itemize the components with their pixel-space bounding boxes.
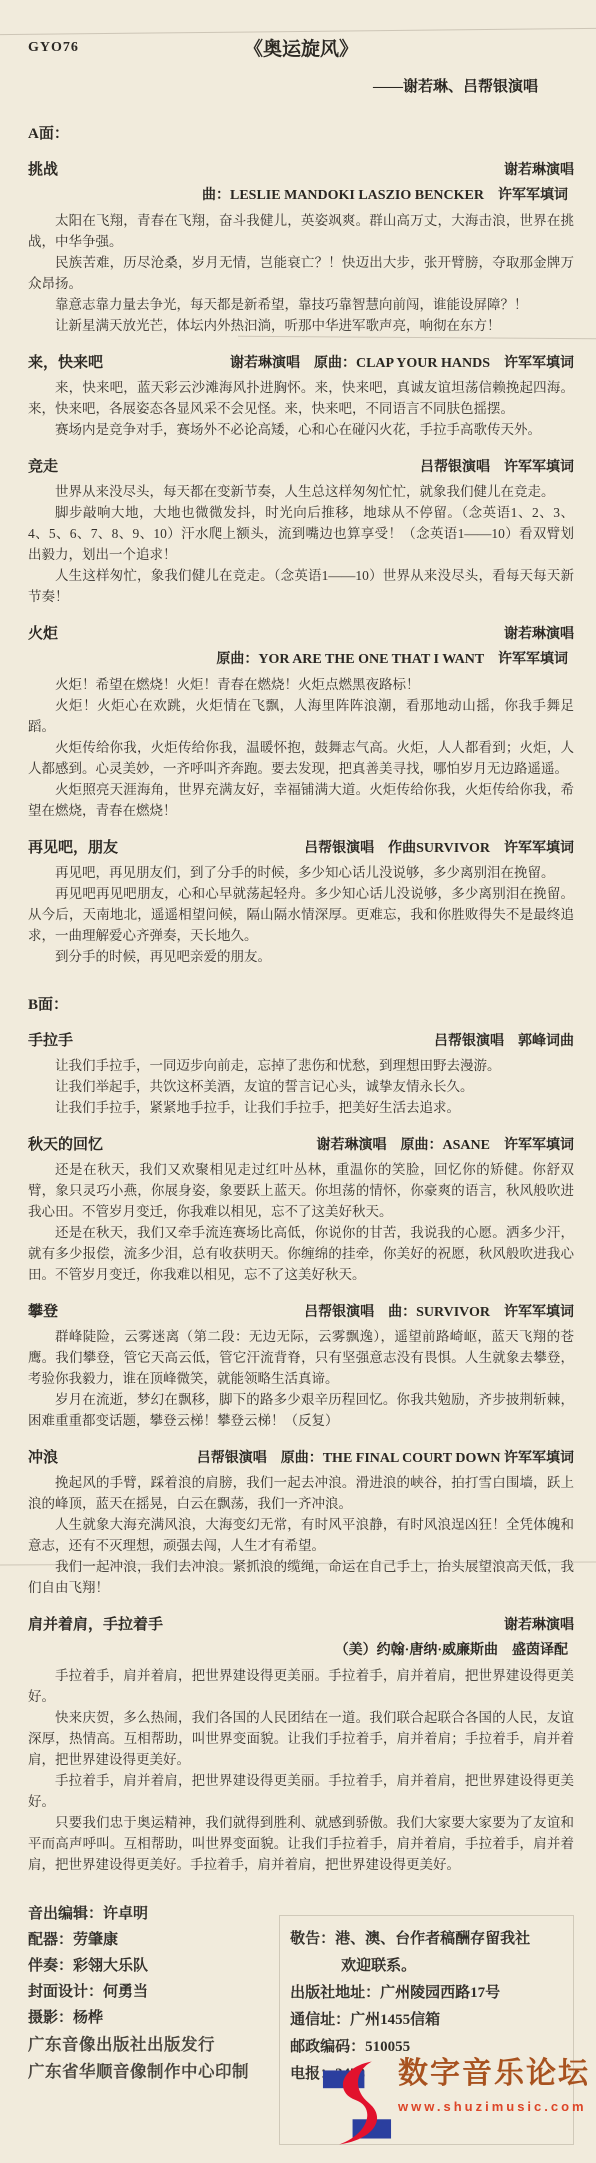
song-title: 火炬 — [28, 622, 58, 643]
lyric-paragraph: 手拉着手，肩并着肩，把世界建设得更美丽。手拉着手，肩并着肩，把世界建设得更美好。 — [28, 1665, 574, 1707]
lyric-paragraph: 让我们手拉手，一同迈步向前走，忘掉了悲伤和忧愁，到理想田野去漫游。 — [28, 1055, 574, 1076]
song-title: 秋天的回忆 — [28, 1133, 103, 1154]
lyric-paragraph: 赛场内是竞争对手，赛场外不必论高矮，心和心在碰闪火花，手拉手高歌传天外。 — [28, 419, 574, 440]
song-title: 来，快来吧 — [28, 351, 103, 372]
masthead: GYO76 《奥运旋风》 ——谢若琳、吕帮银演唱 — [28, 34, 574, 96]
song-credit: 吕帮银演唱 许军军填词 — [420, 456, 574, 476]
song-composer-line: （美）约翰·唐纳·威廉斯曲 盛茵译配 — [28, 1639, 568, 1659]
song-zaijianba-pengyou: 再见吧，朋友 吕帮银演唱 作曲SURVIVOR 许军军填词 再见吧，再见朋友们，… — [28, 836, 574, 967]
lyrics: 再见吧，再见朋友们，到了分手的时候，多少知心话儿没说够，多少离别泪在挽留。 再见… — [28, 862, 574, 967]
lyric-paragraph: 靠意志靠力量去争光，每天都是新希望，靠技巧靠智慧向前闯，谁能设屏障？！ — [28, 294, 574, 315]
lyrics: 挽起风的手臂，踩着浪的肩膀，我们一起去冲浪。滑进浪的峡谷，拍打雪白围墙，跃上浪的… — [28, 1472, 574, 1598]
lyrics: 让我们手拉手，一同迈步向前走，忘掉了悲伤和忧愁，到理想田野去漫游。 让我们举起手… — [28, 1055, 574, 1118]
production-credits: 音出编辑：许卓明 配器：劳肇康 伴奏：彩翎大乐队 封面设计：何勇当 摄影：杨桦 … — [28, 1901, 279, 2085]
song-tiaozhan: 挑战 谢若琳演唱 曲：LESLIE MANDOKI LASZIO BENCKER… — [28, 158, 574, 336]
catalog-number: GYO76 — [28, 40, 79, 56]
song-credit: 谢若琳演唱 原曲：ASANE 许军军填词 — [317, 1134, 574, 1154]
lyric-paragraph: 我们一起冲浪，我们去冲浪。紧抓浪的缆绳，命运在自己手上，抬头展望浪高天低，我们自… — [28, 1556, 574, 1598]
lyric-paragraph: 让我们手拉手，紧紧地手拉手，让我们手拉手，把美好生活去追求。 — [28, 1097, 574, 1118]
side-a-label: A面： — [28, 122, 574, 143]
lyrics: 群峰陡险，云雾迷离（第二段：无边无际，云雾飘逸），遥望前路崎岖，蓝天飞翔的苍鹰。… — [28, 1326, 574, 1431]
song-chonglang: 冲浪 吕帮银演唱 原曲：THE FINAL COURT DOWN 许军军填词 挽… — [28, 1446, 574, 1598]
song-shoulashou: 手拉手 吕帮银演唱 郭峰词曲 让我们手拉手，一同迈步向前走，忘掉了悲伤和忧愁，到… — [28, 1029, 574, 1118]
song-title: 竞走 — [28, 455, 58, 476]
lyric-paragraph: 让新星满天放光芒，体坛内外热汩淌，听那中华进军歌声亮，响彻在东方！ — [28, 315, 574, 336]
song-jianbingzhejian: 肩并着肩，手拉着手 谢若琳演唱 （美）约翰·唐纳·威廉斯曲 盛茵译配 手拉着手，… — [28, 1613, 574, 1875]
song-title: 再见吧，朋友 — [28, 836, 118, 857]
lyric-paragraph: 手拉着手，肩并着肩，把世界建设得更美丽。手拉着手，肩并着肩，把世界建设得更美好。 — [28, 1770, 574, 1812]
lyric-paragraph: 让我们举起手，共饮这杯美酒，友谊的誓言记心头，诚挚友情永长久。 — [28, 1076, 574, 1097]
lyric-paragraph: 人生这样匆忙，象我们健儿在竞走。（念英语1——10）世界从来没尽头，看每天每天新… — [28, 565, 574, 607]
lyrics: 还是在秋天，我们又欢聚相见走过红叶丛林，重温你的笑脸，回忆你的矫健。你舒双臂，象… — [28, 1159, 574, 1285]
notice-line-2: 欢迎联系。 — [290, 1953, 567, 1980]
lyric-paragraph: 挽起风的手臂，踩着浪的肩膀，我们一起去冲浪。滑进浪的峡谷，拍打雪白围墙，跃上浪的… — [28, 1472, 574, 1514]
song-jingzou: 竞走 吕帮银演唱 许军军填词 世界从来没尽头，每天都在变新节奏，人生总这样匆匆忙… — [28, 455, 574, 607]
lyric-paragraph: 还是在秋天，我们又牵手流连赛场比高低，你说你的甘苦，我说我的心愿。洒多少汗，就有… — [28, 1222, 574, 1285]
song-title: 攀登 — [28, 1300, 58, 1321]
lyric-paragraph: 快来庆贺，多么热闹，我们各国的人民团结在一道。我们联合起联合各国的人民，友谊深厚… — [28, 1707, 574, 1770]
credit-photography: 摄影：杨桦 — [28, 2005, 279, 2031]
lyric-paragraph: 人生就象大海充满风浪，大海变幻无常，有时风平浪静，有时风浪逞凶狂！全凭体魄和意志… — [28, 1514, 574, 1556]
song-composer-line: 曲：LESLIE MANDOKI LASZIO BENCKER 许军军填词 — [28, 184, 568, 204]
lyrics: 手拉着手，肩并着肩，把世界建设得更美丽。手拉着手，肩并着肩，把世界建设得更美好。… — [28, 1665, 574, 1875]
song-qiutiandehuiyi: 秋天的回忆 谢若琳演唱 原曲：ASANE 许军军填词 还是在秋天，我们又欢聚相见… — [28, 1133, 574, 1285]
song-title: 冲浪 — [28, 1446, 58, 1467]
song-credit: 吕帮银演唱 曲：SURVIVOR 许军军填词 — [304, 1301, 574, 1321]
publisher-address: 出版社地址：广州陵园西路17号 — [290, 1980, 567, 2007]
lyrics: 世界从来没尽头，每天都在变新节奏，人生总这样匆匆忙忙，就象我们健儿在竞走。 脚步… — [28, 481, 574, 607]
lyric-paragraph: 岁月在流逝，梦幻在飘移，脚下的路多少艰辛历程回忆。你我共勉励，齐步披荆斩棘，困难… — [28, 1389, 574, 1431]
song-title: 肩并着肩，手拉着手 — [28, 1613, 163, 1634]
credit-cover-design: 封面设计：何勇当 — [28, 1979, 279, 2005]
publisher-mailbox: 通信址：广州1455信箱 — [290, 2007, 567, 2034]
credit-arranger: 配器：劳肇康 — [28, 1927, 279, 1953]
publisher-line: 广东音像出版社出版发行 — [28, 2031, 279, 2058]
lyrics: 来，快来吧，蓝天彩云沙滩海风扑进胸怀。来，快来吧，真诚友谊坦荡信赖挽起四海。来，… — [28, 377, 574, 440]
song-credit: 谢若琳演唱 — [504, 159, 574, 179]
song-huoju: 火炬 谢若琳演唱 原曲：YOR ARE THE ONE THAT I WANT … — [28, 622, 574, 821]
shuzimusic-logo-icon — [320, 2057, 394, 2149]
lyric-paragraph: 太阳在飞翔，青春在飞翔，奋斗我健儿，英姿飒爽。群山高万丈，大海击浪，世界在挑战，… — [28, 210, 574, 252]
song-credit: 谢若琳演唱 原曲：CLAP YOUR HANDS 许军军填词 — [230, 352, 574, 372]
printer-line: 广东省华顺音像制作中心印制 — [28, 2058, 279, 2085]
credit-editor: 音出编辑：许卓明 — [28, 1901, 279, 1927]
side-b-label: B面： — [28, 993, 574, 1014]
album-subtitle: ——谢若琳、吕帮银演唱 — [28, 75, 538, 96]
song-credit: 谢若琳演唱 — [504, 1614, 574, 1634]
song-title: 手拉手 — [28, 1029, 73, 1050]
song-composer-line: 原曲：YOR ARE THE ONE THAT I WANT 许军军填词 — [28, 648, 568, 668]
song-title: 挑战 — [28, 158, 58, 179]
song-credit: 吕帮银演唱 作曲SURVIVOR 许军军填词 — [304, 837, 574, 857]
lyric-paragraph: 只要我们忠于奥运精神，我们就得到胜利、就感到骄傲。我们大家要大家要为了友谊和平而… — [28, 1812, 574, 1875]
song-credit: 吕帮银演唱 原曲：THE FINAL COURT DOWN 许军军填词 — [197, 1447, 574, 1467]
song-lai-kuailaiba: 来，快来吧 谢若琳演唱 原曲：CLAP YOUR HANDS 许军军填词 来，快… — [28, 351, 574, 440]
lyrics: 太阳在飞翔，青春在飞翔，奋斗我健儿，英姿飒爽。群山高万丈，大海击浪，世界在挑战，… — [28, 210, 574, 336]
shuzimusic-watermark: 数字音乐论坛 www.shuzimusic.com — [320, 2057, 590, 2149]
lyric-sheet: GYO76 《奥运旋风》 ——谢若琳、吕帮银演唱 A面： 挑战 谢若琳演唱 曲：… — [0, 0, 596, 2163]
lyric-paragraph: 火炬照亮天涯海角，世界充满友好，幸福铺满大道。火炬传给你我，火炬传给你我，希望在… — [28, 779, 574, 821]
song-credit: 吕帮银演唱 郭峰词曲 — [434, 1030, 574, 1050]
lyric-paragraph: 还是在秋天，我们又欢聚相见走过红叶丛林，重温你的笑脸，回忆你的矫健。你舒双臂，象… — [28, 1159, 574, 1222]
lyric-paragraph: 到分手的时候，再见吧亲爱的朋友。 — [28, 946, 574, 967]
lyric-paragraph: 民族苦难，历尽沧桑，岁月无情，岂能衰亡？！快迈出大步，张开臂膀，夺取那金牌万众昂… — [28, 252, 574, 294]
lyric-paragraph: 再见吧再见吧朋友，心和心早就荡起轻舟。多少知心话儿没说够，多少离别泪在挽留。从今… — [28, 883, 574, 946]
lyric-paragraph: 再见吧，再见朋友们，到了分手的时候，多少知心话儿没说够，多少离别泪在挽留。 — [28, 862, 574, 883]
lyric-paragraph: 世界从来没尽头，每天都在变新节奏，人生总这样匆匆忙忙，就象我们健儿在竞走。 — [28, 481, 574, 502]
song-pandeng: 攀登 吕帮银演唱 曲：SURVIVOR 许军军填词 群峰陡险，云雾迷离（第二段：… — [28, 1300, 574, 1431]
watermark-site-name: 数字音乐论坛 — [398, 2057, 590, 2091]
lyric-paragraph: 来，快来吧，蓝天彩云沙滩海风扑进胸怀。来，快来吧，真诚友谊坦荡信赖挽起四海。来，… — [28, 377, 574, 419]
lyric-paragraph: 火炬传给你我，火炬传给你我，温暖怀抱，鼓舞志气高。火炬，人人都看到；火炬，人人都… — [28, 737, 574, 779]
lyric-paragraph: 脚步敲响大地，大地也微微发抖，时光向后推移，地球从不停留。（念英语1、2、3、4… — [28, 502, 574, 565]
scan-crease — [238, 336, 596, 339]
credit-accompaniment: 伴奏：彩翎大乐队 — [28, 1953, 279, 1979]
lyric-paragraph: 火炬！希望在燃烧！火炬！青春在燃烧！火炬点燃黑夜路标！ — [28, 674, 574, 695]
notice-line-1: 敬告：港、澳、台作者稿酬存留我社 — [290, 1926, 567, 1953]
lyric-paragraph: 火炬！火炬心在欢跳，火炬情在飞飘，人海里阵阵浪潮，看那地动山摇，你我手舞足蹈。 — [28, 695, 574, 737]
song-credit: 谢若琳演唱 — [504, 623, 574, 643]
album-title: 《奥运旋风》 — [28, 34, 574, 61]
lyrics: 火炬！希望在燃烧！火炬！青春在燃烧！火炬点燃黑夜路标！ 火炬！火炬心在欢跳，火炬… — [28, 674, 574, 821]
watermark-site-url: www.shuzimusic.com — [398, 2099, 590, 2114]
lyric-paragraph: 群峰陡险，云雾迷离（第二段：无边无际，云雾飘逸），遥望前路崎岖，蓝天飞翔的苍鹰。… — [28, 1326, 574, 1389]
